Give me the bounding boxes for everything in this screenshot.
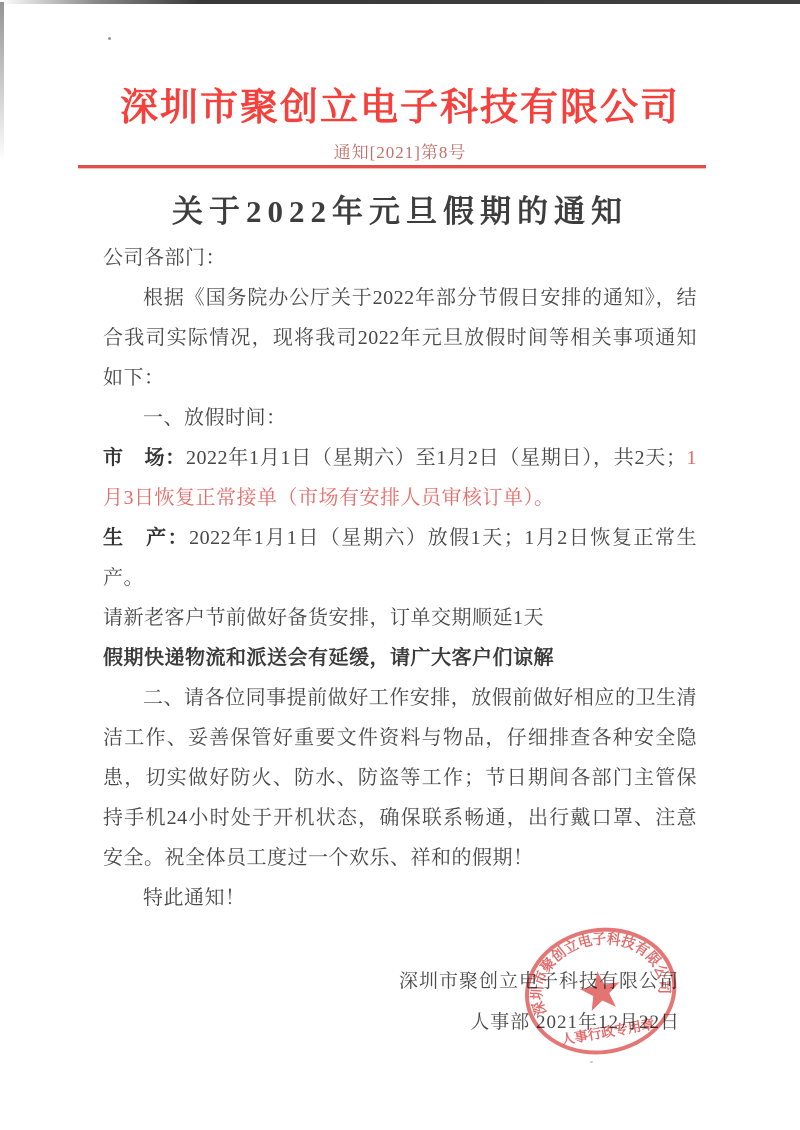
letterhead-divider-rule [78,165,706,168]
section1-heading: 一、放假时间： [103,398,697,438]
customer-note-line: 请新老客户节前做好备货安排，订单交期顺延1天 [103,598,697,638]
logistics-note-line: 假期快递物流和派送会有延缓，请广大客户们谅解 [103,638,697,678]
salutation-line: 公司各部门： [103,238,697,278]
seal-star [577,968,623,1012]
market-label: 市 场： [103,447,186,469]
intro-paragraph: 根据《国务院办公厅关于2022年部分节假日安排的通知》，结合我司实际情况，现将我… [103,278,697,398]
notice-title: 关于2022年元旦假期的通知 [0,186,800,231]
section2-paragraph: 二、请各位同事提前做好工作安排，放假前做好相应的卫生清洁工作、妥善保管好重要文件… [103,678,697,878]
scan-corner-curl [0,0,38,55]
notice-body: 公司各部门： 根据《国务院办公厅关于2022年部分节假日安排的通知》，结合我司实… [103,238,697,918]
company-seal: 深圳市聚创立电子科技有限公司 人事行政专用章 [502,904,700,1082]
scan-speck [108,37,111,40]
scan-edge-top [0,0,800,4]
production-label: 生 产： [103,527,189,549]
production-paragraph: 生 产：2022年1月1日（星期六）放假1天；1月2日恢复正常生产。 [103,518,697,598]
closing-line: 特此通知！ [103,878,697,918]
seal-label: 人事行政专用章 [560,1015,656,1047]
document-number: 通知[2021]第8号 [0,138,800,163]
company-letterhead-title: 深圳市聚创立电子科技有限公司 [0,76,800,131]
production-text: 2022年1月1日（星期六）放假1天；1月2日恢复正常生产。 [103,527,697,589]
market-paragraph: 市 场：2022年1月1日（星期六）至1月2日（星期日），共2天；1月3日恢复正… [103,438,697,518]
market-text: 2022年1月1日（星期六）至1月2日（星期日），共2天； [186,447,687,469]
